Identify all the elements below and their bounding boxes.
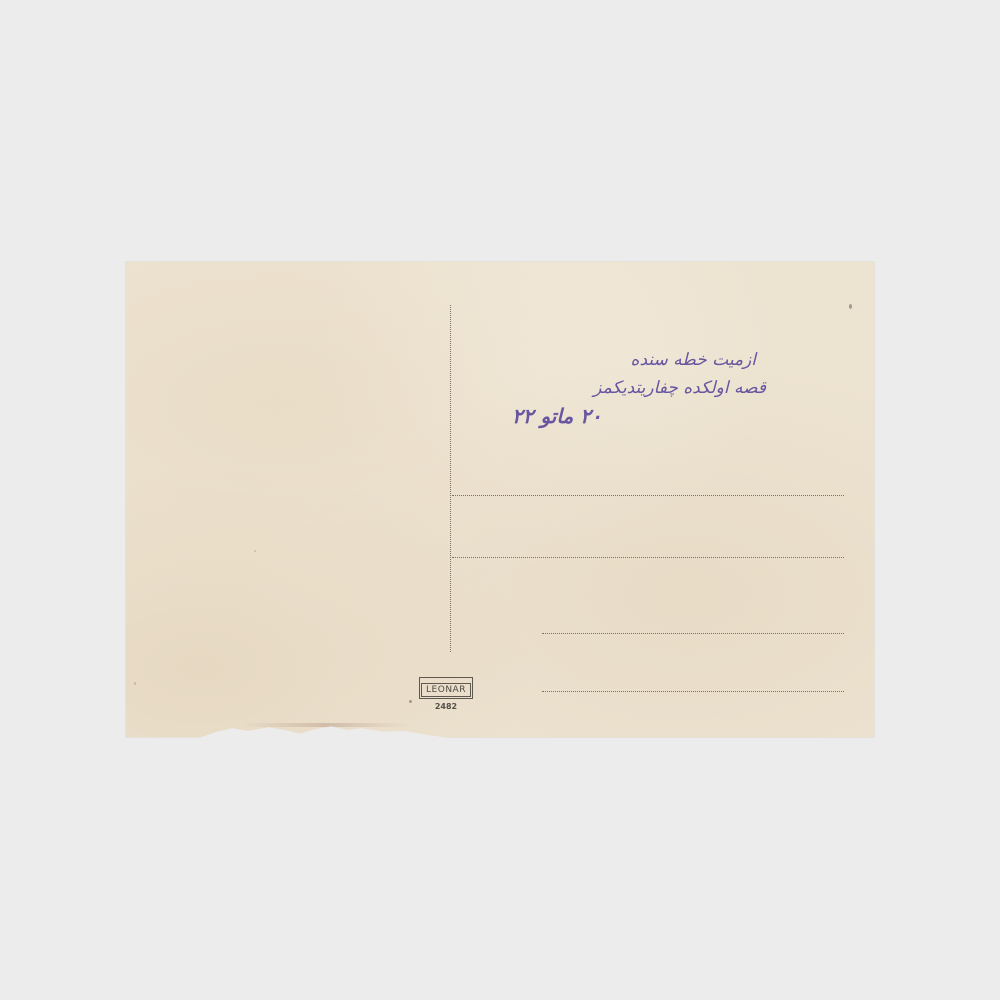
inscription-date: ۲۰ ماتو ۲۲ xyxy=(506,402,766,430)
handwritten-inscription: ازمیت خطه سنده قصه اولکده چفاریتدیکمز ۲۰… xyxy=(506,346,766,430)
paper-speck xyxy=(254,550,256,552)
paper-speck xyxy=(409,700,412,703)
inscription-line: ازمیت خطه سنده xyxy=(506,346,766,374)
publisher-number: 2482 xyxy=(413,702,479,711)
address-line xyxy=(452,495,844,496)
address-line xyxy=(542,633,844,634)
torn-edge-shadow xyxy=(206,723,446,727)
paper-speck xyxy=(849,304,852,309)
address-line xyxy=(452,557,844,558)
image-stage: ازمیت خطه سنده قصه اولکده چفاریتدیکمز ۲۰… xyxy=(0,0,1000,1000)
address-line xyxy=(542,691,844,692)
paper-speck xyxy=(134,682,136,685)
vertical-divider-line xyxy=(450,305,451,652)
inscription-line: قصه اولکده چفاریتدیکمز xyxy=(506,374,766,402)
publisher-name: LEONAR xyxy=(421,683,471,697)
publisher-mark: LEONAR 2482 xyxy=(413,677,479,711)
postcard-back: ازمیت خطه سنده قصه اولکده چفاریتدیکمز ۲۰… xyxy=(126,262,874,737)
publisher-logo-frame: LEONAR xyxy=(419,677,473,699)
